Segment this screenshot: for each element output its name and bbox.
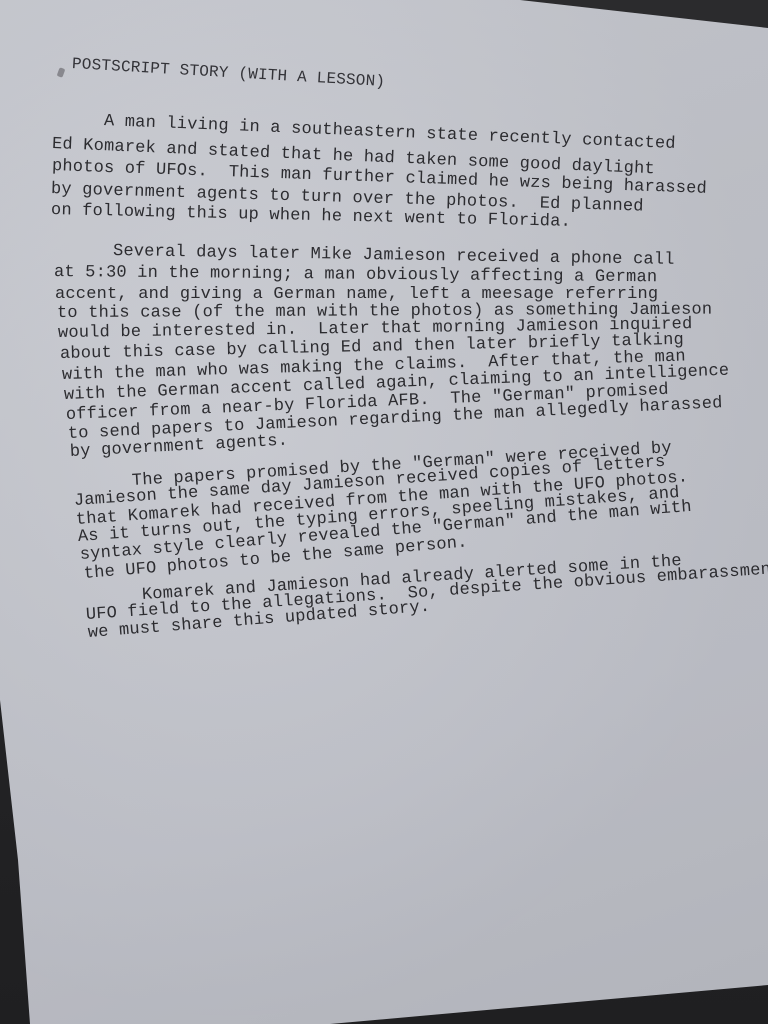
document-body: POSTSCRIPT STORY (WITH A LESSON) A man l… <box>0 0 59 666</box>
document-title: POSTSCRIPT STORY (WITH A LESSON) <box>71 54 385 92</box>
photo-scene: POSTSCRIPT STORY (WITH A LESSON) A man l… <box>0 0 768 1024</box>
paper-sheet: POSTSCRIPT STORY (WITH A LESSON) A man l… <box>0 0 768 1024</box>
